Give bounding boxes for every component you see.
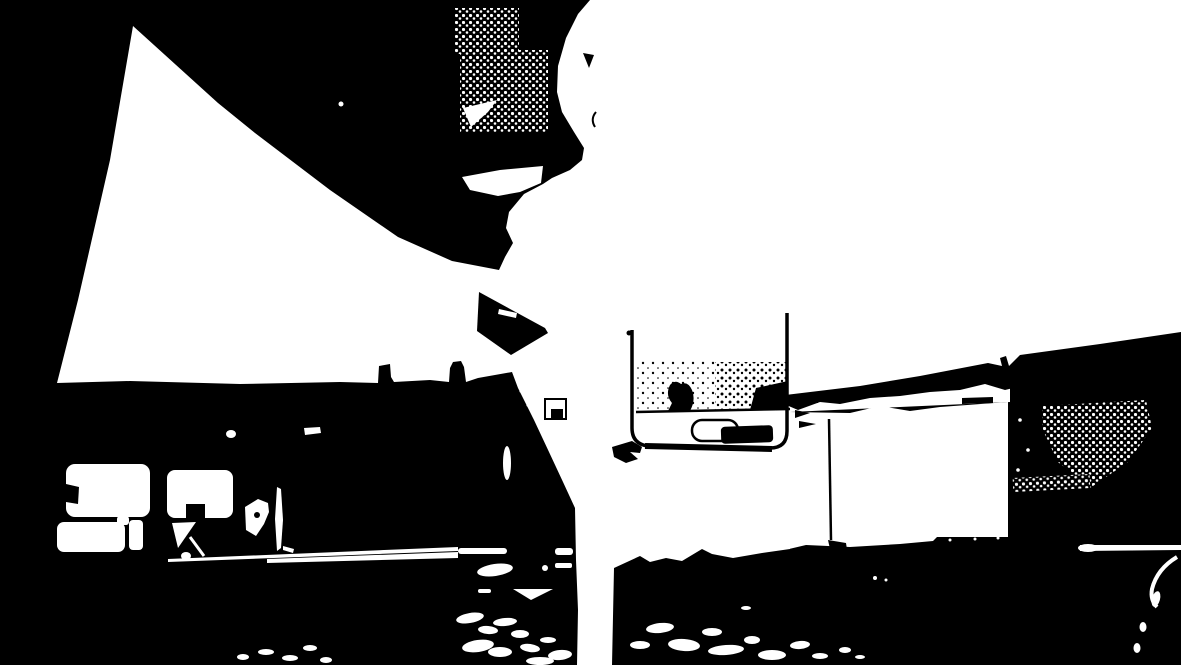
wall-blob-dot [254,512,260,518]
door-frame-bottom [645,446,772,449]
gravel-24 [758,650,786,660]
annex-edge-sliver [503,446,511,480]
white-wall-panel [789,402,1008,549]
ground-dash-b [478,589,491,593]
gravel-dot-2 [885,579,888,582]
ground-streak-3 [458,548,507,554]
gravel-dot-1 [873,576,877,580]
panel-edge-dot-1 [949,539,952,542]
gravel-11 [237,654,249,660]
gravel-12 [258,649,274,655]
building-window-2b [129,520,143,550]
gravel-27 [839,647,851,653]
gravel-14 [303,645,317,651]
gravel-28 [855,655,865,659]
gravel-21 [702,628,722,636]
door-handle [721,425,774,444]
gravel-16 [579,655,587,661]
binarized-photo [0,0,1181,665]
door-frame-foot [612,441,642,463]
gravel-26 [812,653,828,659]
building-window-2 [57,522,125,552]
annex-edge-dot-1 [519,389,522,392]
annex-edge-dot-3 [532,414,535,417]
detached-panel [477,292,548,355]
shadow-streak-end [1078,544,1098,552]
shadow-dot-2 [1134,643,1141,653]
gravel-10 [526,657,554,665]
annex-window-blob [551,409,563,418]
binarized-photo-canvas [0,0,1181,665]
edge-mark-triangle [583,53,594,68]
gravel-23 [744,636,760,644]
gravel-4 [511,630,529,638]
gravel-15 [320,657,332,663]
ground-dash-a [555,563,572,568]
panel-edge-dot-2 [974,538,977,541]
white-speck [339,102,344,107]
gravel-dash [741,606,751,610]
strip-speck-1 [1018,418,1022,422]
gravel-8 [540,637,556,643]
edge-mark-paren [593,112,596,127]
strip-speck-2 [1026,448,1030,452]
ground-sliver-a [555,548,573,555]
panel-edge-dot-3 [997,537,1000,540]
building-window-2-nub [117,516,129,525]
dapple-texture-top [455,8,519,54]
gravel-17 [589,660,595,664]
gravel-18 [630,641,650,649]
frame-top-dot [627,331,632,336]
building-window-3-notch [186,504,205,518]
shadow-dot-1 [1140,622,1147,632]
annex-edge-dot-2 [526,403,529,406]
ground-dot-a [542,565,548,571]
gravel-13 [282,655,298,661]
building-window-1-notch [66,484,79,504]
wall-top-dash [962,397,993,404]
strip-speck-3 [1016,468,1020,472]
wall-spot [226,430,236,438]
gravel-6 [488,647,512,657]
